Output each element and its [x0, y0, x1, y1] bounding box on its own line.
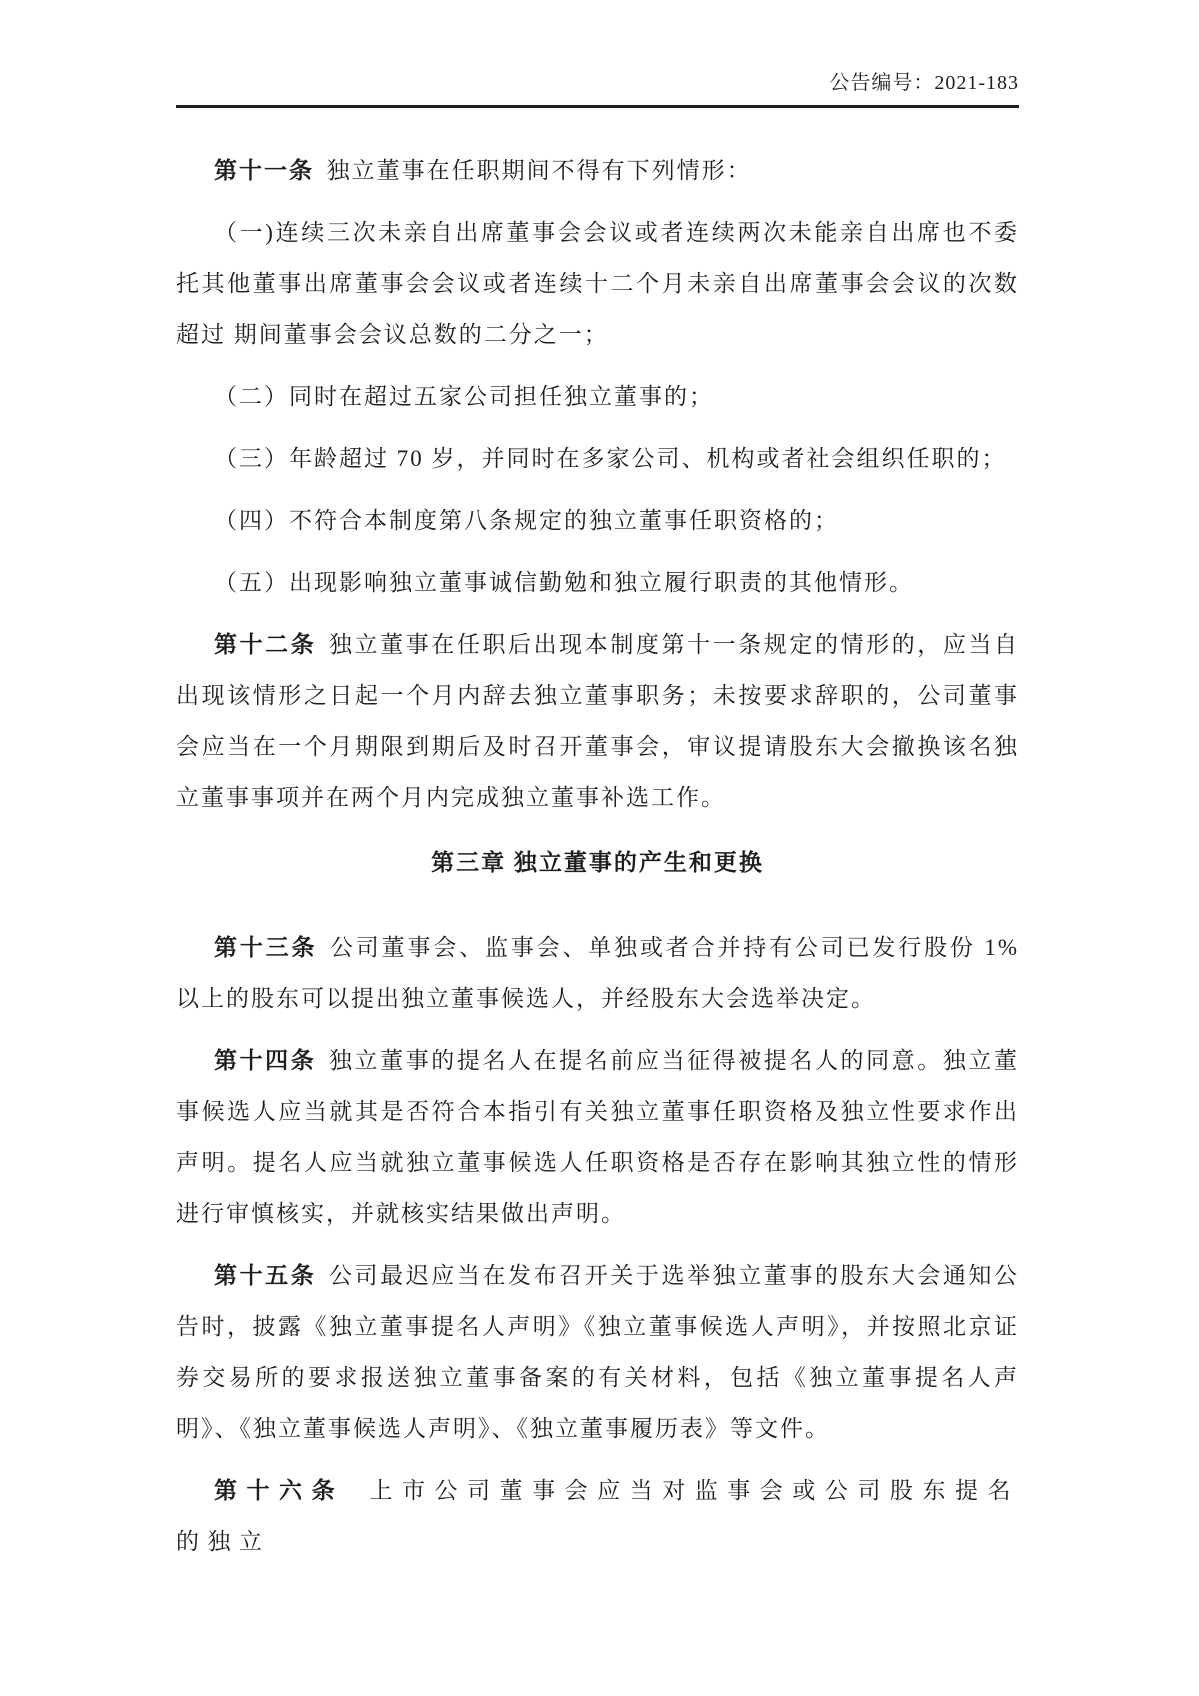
article-13: 第十三条公司董事会、监事会、单独或者合并持有公司已发行股份 1%以上的股东可以提… [176, 922, 1019, 1024]
article-13-number: 第十三条 [214, 935, 317, 960]
article-15-text: 公司最迟应当在发布召开关于选举独立董事的股东大会通知公告时，披露《独立董事提名人… [176, 1263, 1019, 1441]
article-16: 第十六条上市公司董事会应当对监事会或公司股东提名的独立 [176, 1465, 1019, 1567]
clause-2: （二）同时在超过五家公司担任独立董事的； [176, 371, 1019, 422]
article-11-text: 独立董事在任职期间不得有下列情形： [327, 158, 752, 183]
clause-1: （一)连续三次未亲自出席董事会会议或者连续两次未能亲自出席也不委托其他董事出席董… [176, 207, 1019, 360]
article-14-text: 独立董事的提名人在提名前应当征得被提名人的同意。独立董事候选人应当就其是否符合本… [176, 1048, 1019, 1226]
clause-5-text: （五）出现影响独立董事诚信勤勉和独立履行职责的其他情形。 [214, 570, 914, 595]
clause-4: （四）不符合本制度第八条规定的独立董事任职资格的； [176, 495, 1019, 546]
notice-number: 公告编号：2021-183 [829, 72, 1019, 94]
article-12: 第十二条独立董事在任职后出现本制度第十一条规定的情形的，应当自出现该情形之日起一… [176, 619, 1019, 823]
clause-3: （三）年龄超过 70 岁，并同时在多家公司、机构或者社会组织任职的； [176, 433, 1019, 484]
article-14-number: 第十四条 [214, 1048, 316, 1073]
article-11-number: 第十一条 [214, 158, 314, 183]
article-11: 第十一条独立董事在任职期间不得有下列情形： [176, 145, 1019, 196]
document-page: 公告编号：2021-183 第十一条独立董事在任职期间不得有下列情形： （一)连… [0, 0, 1199, 1696]
clause-4-text: （四）不符合本制度第八条规定的独立董事任职资格的； [214, 508, 839, 533]
article-12-number: 第十二条 [214, 632, 316, 657]
article-12-text: 独立董事在任职后出现本制度第十一条规定的情形的，应当自出现该情形之日起一个月内辞… [176, 632, 1019, 810]
document-body: 第十一条独立董事在任职期间不得有下列情形： （一)连续三次未亲自出席董事会会议或… [176, 108, 1019, 1567]
clause-5: （五）出现影响独立董事诚信勤勉和独立履行职责的其他情形。 [176, 557, 1019, 608]
article-14: 第十四条独立董事的提名人在提名前应当征得被提名人的同意。独立董事候选人应当就其是… [176, 1035, 1019, 1239]
chapter-3-heading: 第三章 独立董事的产生和更换 [176, 837, 1019, 888]
clause-3-text: （三）年龄超过 70 岁，并同时在多家公司、机构或者社会组织任职的； [214, 446, 1007, 471]
article-15-number: 第十五条 [214, 1263, 316, 1288]
content-area: 公告编号：2021-183 第十一条独立董事在任职期间不得有下列情形： （一)连… [176, 0, 1019, 1567]
chapter-3-title: 第三章 独立董事的产生和更换 [431, 850, 764, 875]
article-16-number: 第十六条 [214, 1478, 344, 1503]
clause-1-text: （一)连续三次未亲自出席董事会会议或者连续两次未能亲自出席也不委托其他董事出席董… [176, 220, 1019, 347]
article-15: 第十五条公司最迟应当在发布召开关于选举独立董事的股东大会通知公告时，披露《独立董… [176, 1250, 1019, 1454]
clause-2-text: （二）同时在超过五家公司担任独立董事的； [214, 384, 714, 409]
notice-number-header: 公告编号：2021-183 [176, 0, 1019, 96]
